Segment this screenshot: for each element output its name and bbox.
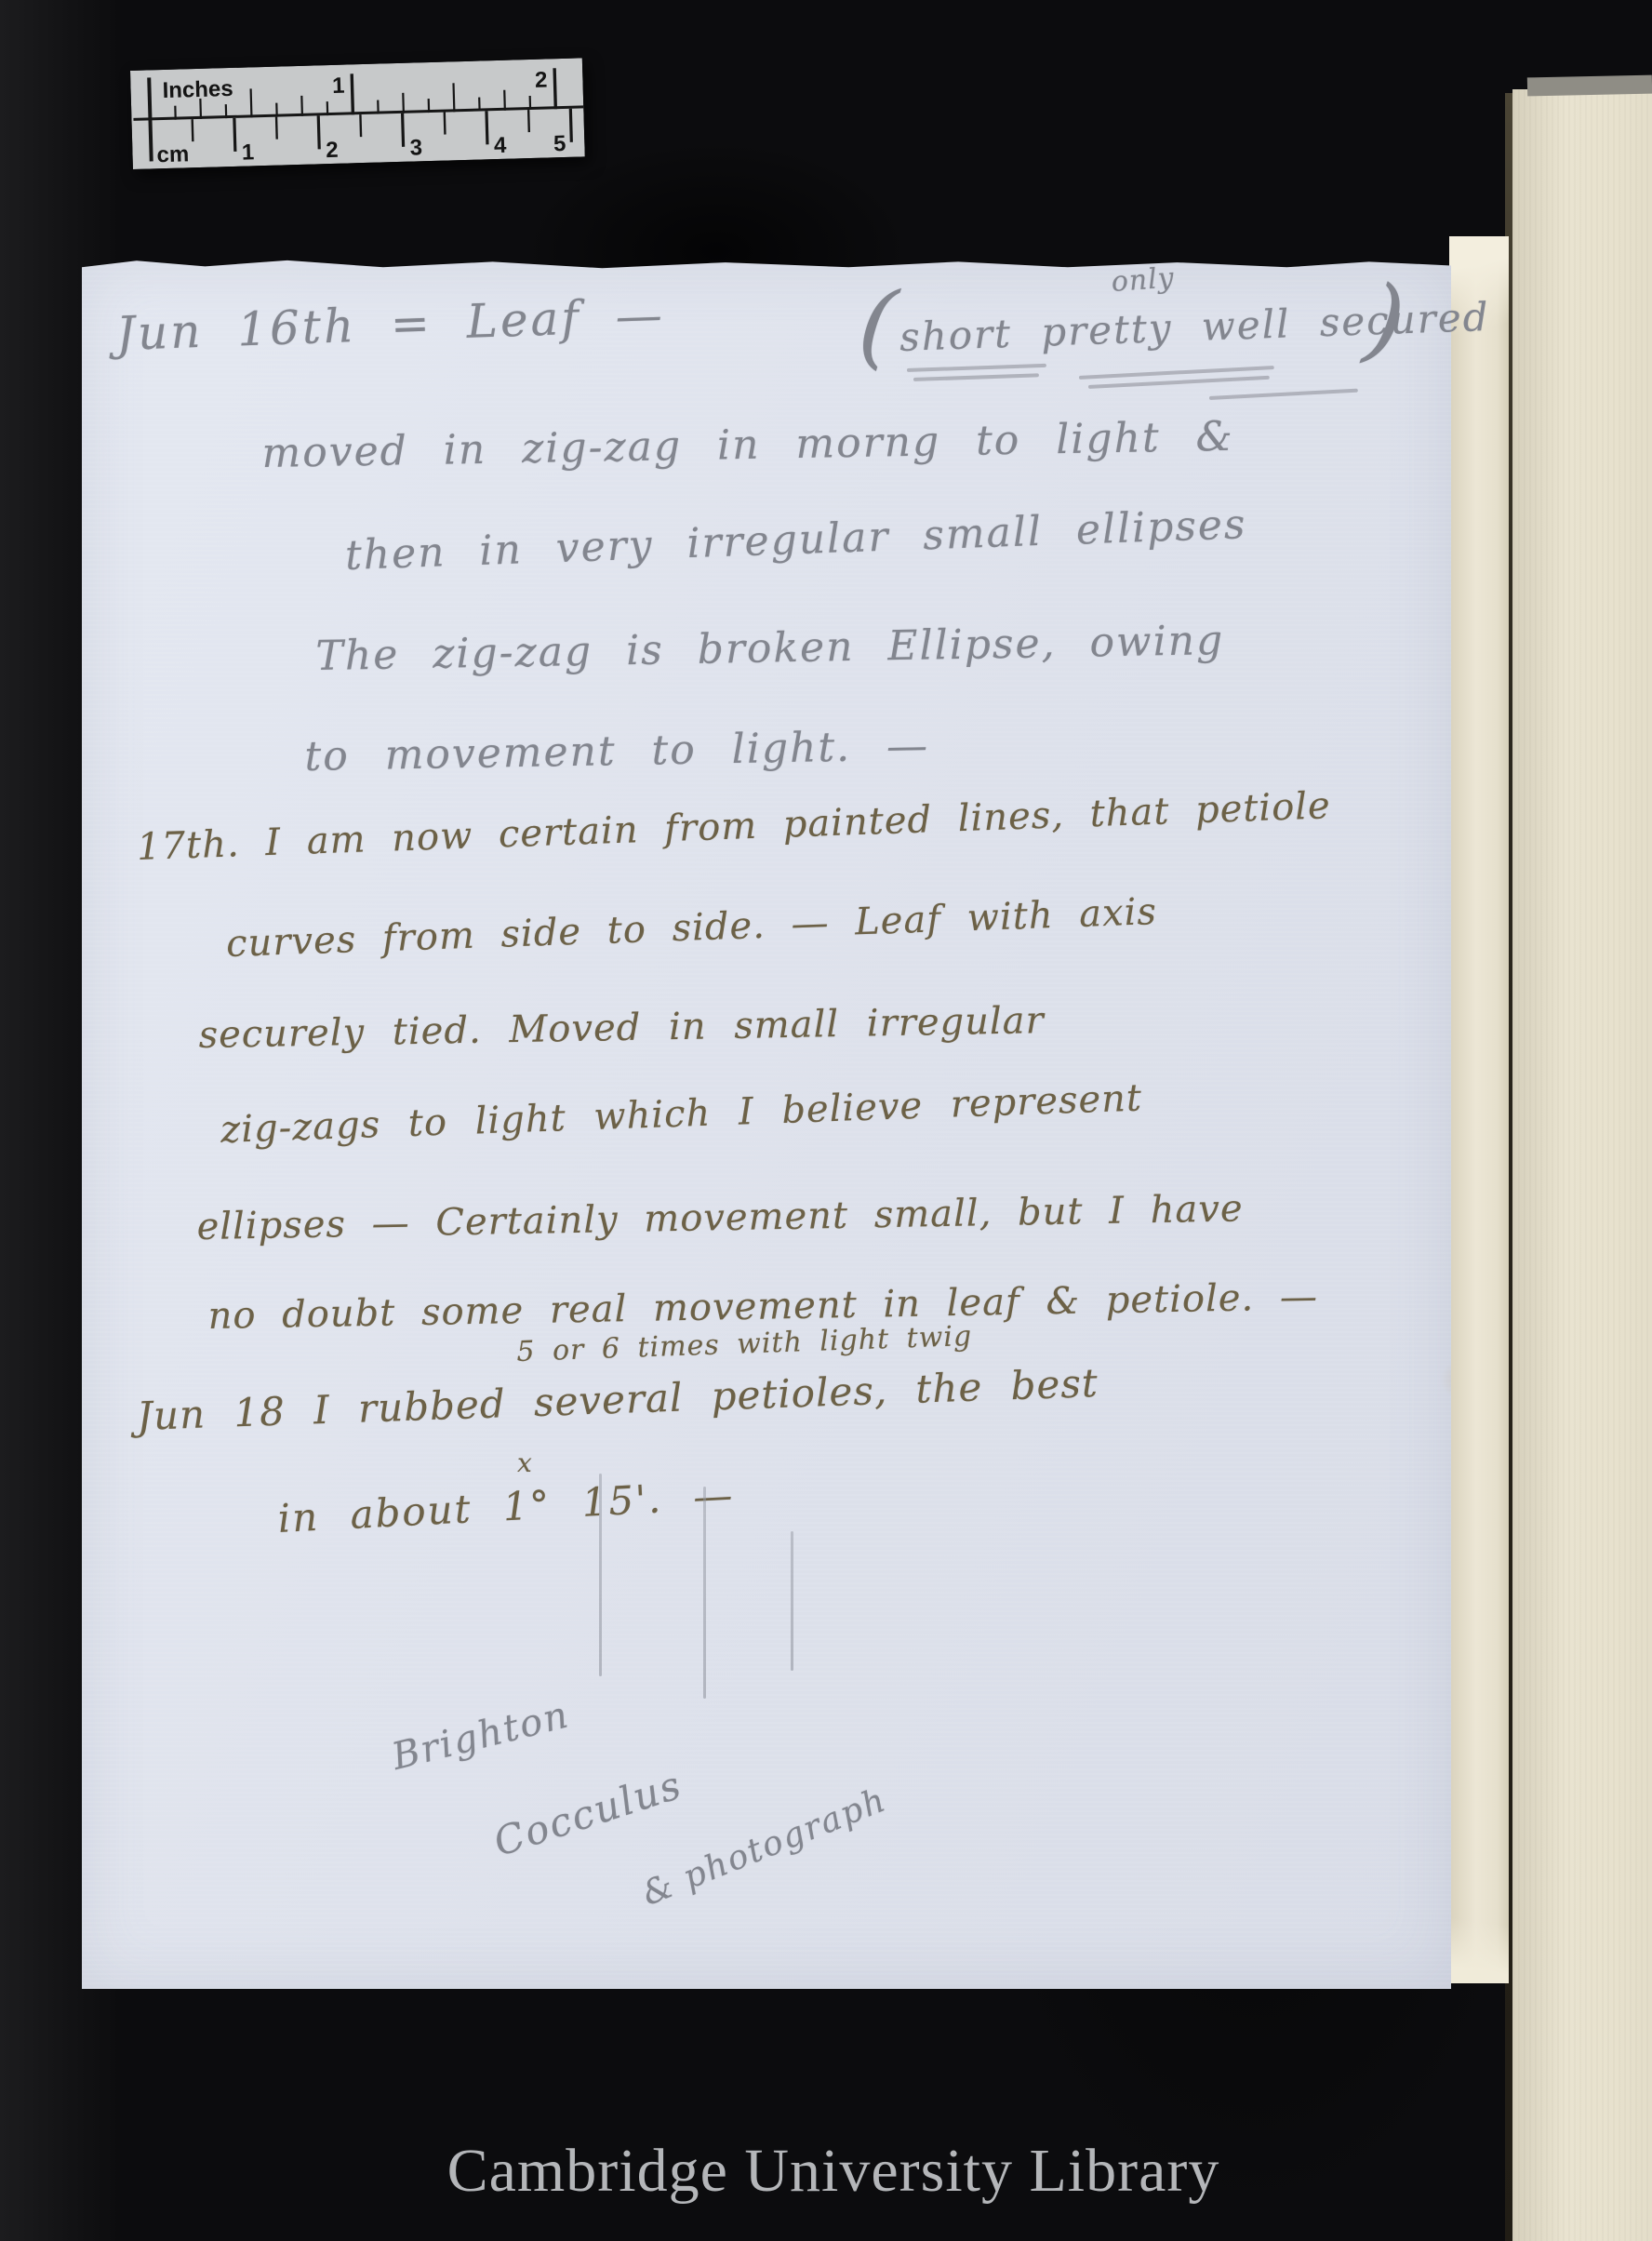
ruler-inches-label: Inches (162, 76, 233, 103)
book-fore-edge-page (1512, 89, 1652, 2241)
measurement-ruler: 1212345Inchescm (130, 58, 585, 169)
handwriting-line: x (517, 1447, 532, 1478)
ruler-cm-number: 1 (242, 140, 255, 165)
pencil-vertical-stroke (599, 1474, 602, 1676)
ruler-cm-label: cm (156, 141, 189, 167)
pencil-vertical-stroke (791, 1531, 793, 1671)
ruler-cm-number: 3 (409, 135, 422, 160)
pencil-vertical-stroke (703, 1487, 706, 1699)
paper-stain (314, 1989, 357, 2021)
page-edge-shadow (1527, 75, 1652, 97)
library-watermark: Cambridge University Library (447, 2136, 1220, 2207)
photograph: Jun 16th = Leaf —(short pretty well secu… (0, 0, 1652, 2241)
ruler-inch-number: 1 (332, 73, 345, 99)
ruler-cm-number: 5 (553, 131, 566, 156)
binding-guard-strip (1449, 236, 1509, 1983)
ruler-inch-number: 2 (535, 67, 548, 92)
handwriting-line: only (1111, 261, 1176, 299)
ruler-cm-number: 2 (326, 138, 339, 163)
ruler-cm-number: 4 (494, 133, 508, 158)
